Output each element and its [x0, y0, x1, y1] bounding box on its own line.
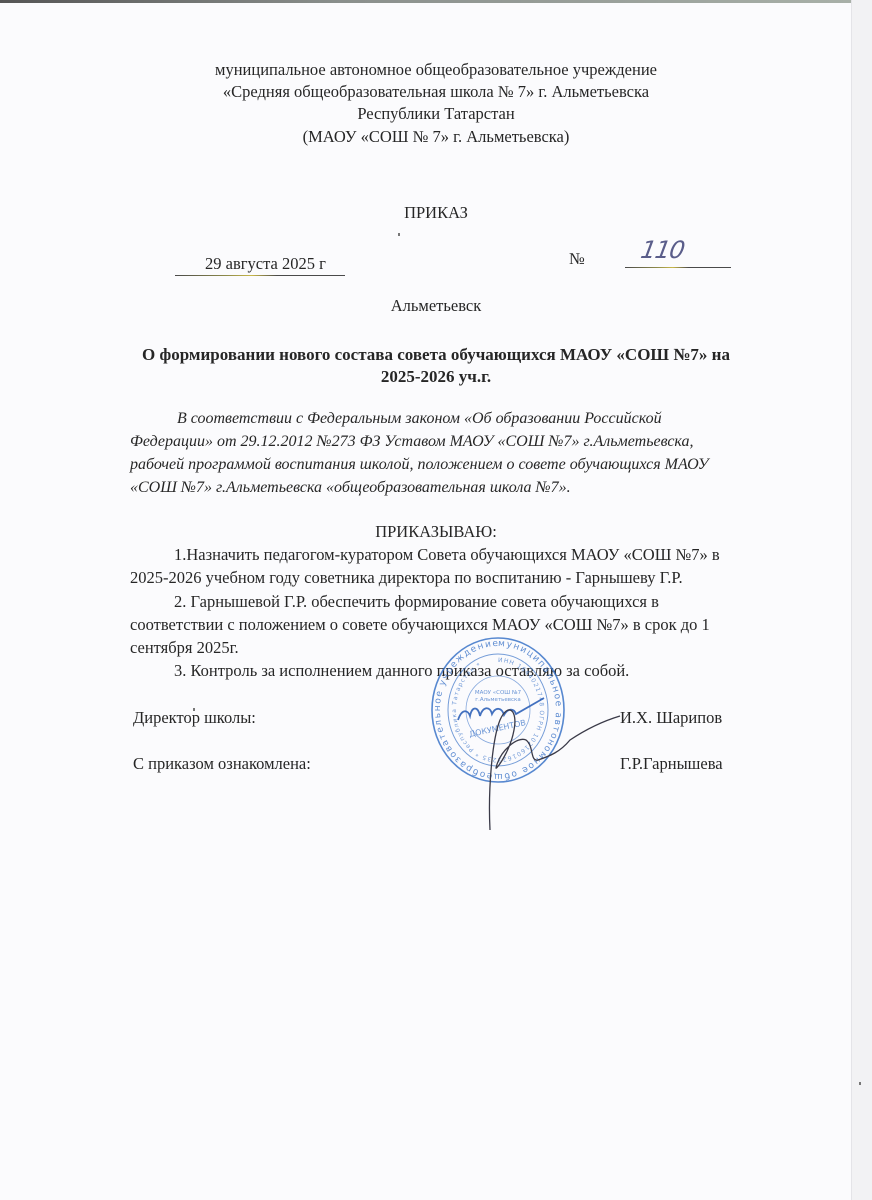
header-org-line-2: «Средняя общеобразовательная школа № 7» … — [0, 82, 872, 102]
header-org-line-4: (МАОУ «СОШ № 7» г. Альметьевска) — [0, 127, 872, 147]
scan-speck — [193, 708, 195, 711]
scan-speck — [398, 233, 400, 236]
order-number-label: № — [569, 249, 585, 269]
number-underline — [625, 267, 731, 268]
preamble-line-3: рабочей программой воспитания школой, по… — [130, 456, 709, 474]
subject-heading-line-1: О формировании нового состава совета обу… — [0, 345, 872, 365]
directive-heading: ПРИКАЗЫВАЮ: — [0, 522, 872, 542]
order-number-handwritten: 110 — [639, 236, 687, 264]
directive-item-1-line-2: 2025-2026 учебном году советника директо… — [130, 568, 683, 588]
directive-item-2-line-2: соответствии с положением о совете обуча… — [130, 615, 710, 635]
header-org-line-3: Республики Татарстан — [0, 104, 872, 124]
header-org-line-1: муниципальное автономное общеобразовател… — [0, 60, 872, 80]
signature-role-director: Директор школы: — [133, 708, 256, 728]
directive-item-2-line-3: сентября 2025г. — [130, 638, 239, 658]
order-date: 29 августа 2025 г — [205, 254, 326, 274]
preamble-line-2: Федерации» от 29.12.2012 №273 ФЗ Уставом… — [130, 433, 694, 451]
preamble-line-1: В соответствии с Федеральным законом «Об… — [177, 410, 662, 428]
subject-heading-line-2: 2025-2026 уч.г. — [0, 367, 872, 387]
order-city: Альметьевск — [0, 296, 872, 316]
signature-role-acknowledged: С приказом ознакомлена: — [133, 754, 311, 774]
preamble-line-4: «СОШ №7» г.Альметьевска «общеобразовател… — [130, 479, 571, 497]
document-page: муниципальное автономное общеобразовател… — [0, 0, 852, 1200]
directive-item-2-line-1: 2. Гарнышевой Г.Р. обеспечить формирован… — [174, 592, 659, 612]
date-underline — [175, 275, 345, 276]
handwritten-signature — [400, 640, 660, 850]
directive-item-1-line-1: 1.Назначить педагогом-куратором Совета о… — [174, 545, 720, 565]
scan-speck — [859, 1082, 861, 1085]
scan-edge-right — [851, 0, 872, 1200]
order-type: ПРИКАЗ — [0, 203, 872, 223]
